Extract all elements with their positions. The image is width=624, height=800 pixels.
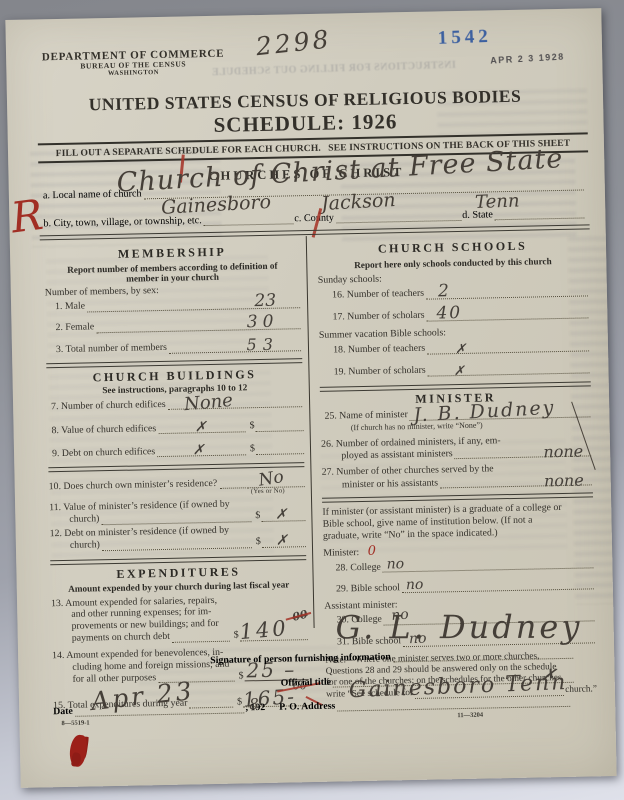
handwritten-answer: 30 <box>247 314 279 329</box>
handwritten-amount: 140 <box>239 620 289 642</box>
question-row-female: 2. Female 30 <box>55 317 301 334</box>
amount-line <box>256 442 304 455</box>
dollar-sign: $ <box>256 536 261 548</box>
answer-line <box>219 476 246 489</box>
graduate-instruction: If minister (or assistant minister) is a… <box>322 501 593 542</box>
question-label: 19. Number of scholars <box>334 365 426 378</box>
question-row-18: 18. Number of teachers ✗ <box>333 339 590 356</box>
handwritten-year-digit: 8 <box>249 698 259 712</box>
handwritten-answer: none <box>544 473 584 487</box>
question-tail: ployed as assistant ministers <box>321 448 453 462</box>
red-ink-blot <box>68 734 88 768</box>
question-label: 8. Value of church edifices <box>51 423 156 437</box>
handwritten-answer: no <box>387 559 405 571</box>
answer-line: ✗ <box>428 361 590 376</box>
answer-line: 53 <box>169 339 301 354</box>
dollar-sign: $ <box>234 630 239 642</box>
dollar-sign: $ <box>238 670 243 682</box>
question-label: 3. Total number of members <box>56 342 167 356</box>
church-schools-heading: CHURCH SCHOOLS <box>317 237 588 257</box>
answer-line <box>102 536 252 551</box>
date-received-stamp: APR 2 3 1928 <box>490 52 565 66</box>
question-label: 28. College <box>335 561 380 573</box>
handwritten-signature: G. L. Dudney <box>336 613 583 642</box>
handwritten-x-mark: ✗ <box>193 445 205 457</box>
handwritten-county: Jackson <box>321 192 396 213</box>
answer-line: no <box>402 577 594 593</box>
dollar-sign: $ <box>249 420 254 432</box>
answer-line: 40 <box>426 306 588 321</box>
handwritten-answer: None <box>183 393 233 413</box>
question-label: 10. Does church own minister’s residence… <box>49 477 218 492</box>
answer-line: ✗ <box>427 339 589 354</box>
answer-line <box>101 510 251 525</box>
question-row-16: 16. Number of teachers 2 <box>332 284 589 301</box>
question-12: 12. Debt on minister’s residence (if own… <box>50 523 306 552</box>
dollar-sign: $ <box>255 510 260 522</box>
po-address-label: P. O. Address <box>279 701 335 713</box>
question-label: 18. Number of teachers <box>333 343 425 356</box>
answer-line: 2 <box>426 284 588 299</box>
answer-line: 23 <box>87 296 300 312</box>
answer-line <box>172 630 230 643</box>
question-row-total-members: 3. Total number of members 53 <box>56 339 302 356</box>
question-27: 27. Number of other churches served by t… <box>322 462 593 491</box>
handwritten-answer: 53 <box>246 338 279 352</box>
answer-line: none <box>455 445 592 460</box>
handwritten-x-mark: ✗ <box>275 509 287 521</box>
official-title-label: Official title <box>281 677 332 689</box>
yes-or-no-note: (Yes or No) <box>251 488 285 497</box>
question-row-19: 19. Number of scholars ✗ <box>334 361 591 378</box>
bleed-mirrored-heading: INSTRUCTIONS FOR FILLING OUT SCHEDULE <box>211 60 456 78</box>
question-row-male: 1. Male 23 <box>55 296 301 313</box>
handwritten-answer: none <box>543 444 583 458</box>
handwritten-x-mark: ✗ <box>455 343 466 354</box>
question-label: 17. Number of scholars <box>332 310 424 323</box>
question-label: 2. Female <box>55 322 94 334</box>
question-label: 29. Bible school <box>336 582 400 595</box>
print-code: 11—3204 <box>457 712 483 720</box>
red-margin-letter: R <box>9 196 45 237</box>
question-row-7: 7. Number of church edifices None <box>51 395 303 412</box>
answer-line: ✗ <box>157 443 246 457</box>
amount-line: ✗ <box>261 509 305 522</box>
answer-line: ✗ <box>158 420 246 434</box>
question-label: 7. Number of church edifices <box>51 398 166 412</box>
amount-line: 140 00 <box>240 628 308 641</box>
question-label: 16. Number of teachers <box>332 288 424 301</box>
minister-label-text: Minister: <box>323 547 359 559</box>
question-label: 25. Name of minister <box>324 409 407 422</box>
dollar-sign: $ <box>250 443 255 455</box>
handwritten-city: Gainesboro <box>161 194 272 217</box>
handwritten-x-mark: ✗ <box>195 422 207 434</box>
red-zero-mark: 0 <box>368 544 377 559</box>
question-row-17: 17. Number of scholars 40 <box>332 306 589 323</box>
form-number: 8—5519-1 <box>61 720 89 728</box>
question-tail: church) <box>49 514 99 527</box>
handwritten-answer: no <box>406 580 424 592</box>
handwritten-file-number: 2298 <box>255 28 333 58</box>
church-schools-subheading: Report here only schools conducted by th… <box>317 255 588 271</box>
question-tail: church) <box>50 539 100 552</box>
amount-line: ✗ <box>262 535 306 548</box>
handwritten-state: Tenn <box>475 193 520 211</box>
answer-line: none <box>440 473 592 488</box>
handwritten-answer: No <box>258 470 285 488</box>
answer-line: None <box>168 395 303 410</box>
agency-block: DEPARTMENT OF COMMERCE BUREAU OF THE CEN… <box>24 47 243 79</box>
question-row-9: 9. Debt on church edifices ✗ $ <box>52 442 304 459</box>
handwritten-x-mark: ✗ <box>276 535 288 547</box>
question-11: 11. Value of minister’s residence (if ow… <box>49 497 305 526</box>
question-label: 1. Male <box>55 301 85 313</box>
handwritten-answer: 40 <box>436 306 462 321</box>
amount-line <box>255 419 303 432</box>
answer-line: 30 <box>96 317 301 333</box>
question-row-28: 28. College no <box>335 556 594 573</box>
question-tail: payments on church debt <box>52 631 170 645</box>
membership-subheading: Report number of members according to de… <box>44 260 300 285</box>
question-row-29: 29. Bible school no <box>336 577 595 594</box>
answer-line: no <box>383 556 594 572</box>
handwritten-answer: 23 <box>254 293 276 308</box>
question-label: 9. Debt on church edifices <box>52 446 155 460</box>
question-13: 13. Amount expended for salaries, repair… <box>51 593 308 645</box>
question-26: 26. Number of ordained ministers, if any… <box>321 433 592 462</box>
scanned-census-form: INSTRUCTIONS FOR FILLING OUT SCHEDULE DE… <box>5 8 616 788</box>
date-label: Date <box>53 706 73 717</box>
handwritten-x-mark: ✗ <box>454 365 465 376</box>
left-column: MEMBERSHIP Report number of members acco… <box>40 236 314 641</box>
yes-no-zone: No (Yes or No) <box>247 475 305 488</box>
blue-number-stamp: 1542 <box>437 26 492 50</box>
right-column: CHURCH SCHOOLS Report here only schools … <box>307 230 598 636</box>
question-row-8: 8. Value of church edifices ✗ $ <box>51 419 303 436</box>
form-body: MEMBERSHIP Report number of members acco… <box>40 230 598 641</box>
question-row-10: 10. Does church own minister’s residence… <box>49 475 305 492</box>
question-tail: minister or his assistants <box>322 477 438 491</box>
handwritten-answer: 2 <box>438 285 449 300</box>
